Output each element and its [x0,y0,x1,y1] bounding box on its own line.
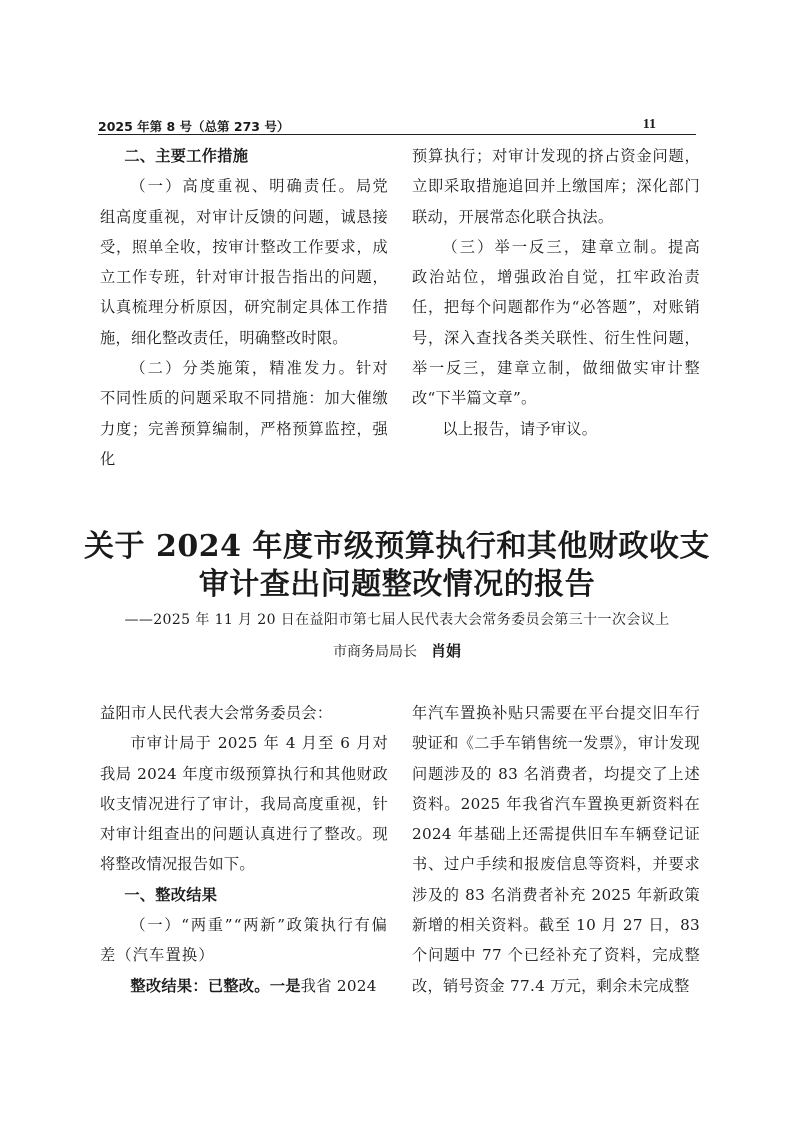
item-title: （一）“两重”“两新”政策执行有偏差（汽车置换） [100,910,388,971]
article-left-column: 益阳市人民代表大会常务委员会： 市审计局于 2025 年 4 月至 6 月对我局… [100,698,388,1001]
paragraph: （二）分类施策，精准发力。针对不同性质的问题采取不同措施：加大催缴力度；完善预算… [100,353,388,474]
article-right-column: 年汽车置换补贴只需要在平台提交旧车行驶证和《二手车销售统一发票》，审计发现问题涉… [412,698,700,1001]
paragraph-lead: （二）分类施策，精准发力。 [130,359,356,377]
issue-label: 2025 年第 8 号（总第 273 号） [98,117,289,135]
paragraph: （三）举一反三，建章立制。提高政治站位，增强政治自觉，扛牢政治责任，把每个问题都… [412,232,700,414]
paragraph-lead: （三）举一反三，建章立制。 [442,238,668,256]
paragraph: 年汽车置换补贴只需要在平台提交旧车行驶证和《二手车销售统一发票》，审计发现问题涉… [412,698,700,1001]
paragraph: （一）高度重视、明确责任。局党组高度重视，对审计反馈的问题，诚恳接受，照单全收，… [100,171,388,353]
paragraph-lead: （一）高度重视、明确责任。 [130,177,356,195]
prev-article-left-column: 二、主要工作措施 （一）高度重视、明确责任。局党组高度重视，对审计反馈的问题，诚… [100,141,388,474]
first-label: 一是 [270,977,301,995]
section-heading: 二、主要工作措施 [100,141,388,171]
page-header: 2025 年第 8 号（总第 273 号） 11 [98,116,696,135]
author-name: 肖娟 [431,642,461,660]
section-heading: 一、整改结果 [100,880,388,910]
salutation: 益阳市人民代表大会常务委员会： [100,698,388,728]
page-number: 11 [643,117,656,133]
result-label: 整改结果：已整改。 [130,977,269,995]
article-author: 市商务局局长肖娟 [60,640,734,661]
prev-article-right-column: 预算执行；对审计发现的挤占资金问题，立即采取措施追回并上缴国库；深化部门联动，开… [412,141,700,444]
author-role: 市商务局局长 [333,644,417,660]
closing-line: 以上报告，请予审议。 [412,414,700,444]
paragraph: 整改结果：已整改。一是我省 2024 [100,971,388,1001]
paragraph: 预算执行；对审计发现的挤占资金问题，立即采取措施追回并上缴国库；深化部门联动，开… [412,141,700,232]
paragraph: 市审计局于 2025 年 4 月至 6 月对我局 2024 年度市级预算执行和其… [100,728,388,879]
article-title: 关于 2024 年度市级预算执行和其他财政收支 审计查出问题整改情况的报告 [60,528,734,604]
article-subtitle: ——2025 年 11 月 20 日在益阳市第七届人民代表大会常务委员会第三十一… [60,609,734,629]
